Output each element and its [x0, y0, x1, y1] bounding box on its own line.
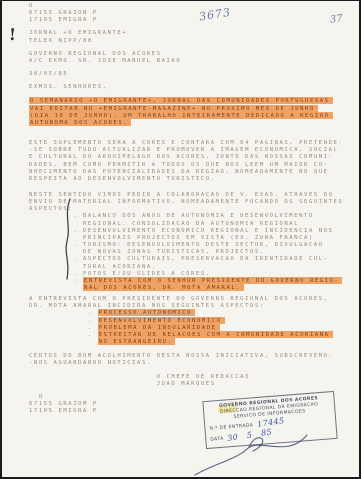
typed-content: O67155 GRAZON P17105 EMIGRA PJORNAL +O E… [29, 3, 355, 421]
typed-line: ENVIO DE MATERIAL INFORMATIVO, NOMEADAME… [29, 199, 355, 206]
closing: CERTOS DO BOM ACOLHIMENTO DESTA NOSSA IN… [29, 353, 355, 367]
highlighted-text: (DIA 10 DE JUNHO), UM TRABALHO INTEIRAME… [29, 112, 333, 119]
highlighted-text: DESENVOLVIMENTO ECONOMICO [98, 317, 225, 324]
typed-line: A/C EXMO. SR. JOSE MANUEL BAIAO [29, 58, 355, 65]
telex-header: O67155 GRAZON P17105 EMIGRA P [29, 3, 355, 24]
typed-line: EXMOS. SENHORES, [29, 84, 355, 91]
salutation: EXMOS. SENHORES, [29, 84, 355, 91]
typed-line: REGIONAL. CONSOLIDACAO DA AUTONOMIA REGI… [29, 221, 355, 228]
typed-line: 30/05/85 [29, 71, 355, 78]
typed-line: NHECIMENTO DAS POTENCIALIDADES DA REGIAO… [29, 169, 355, 176]
typed-line: -SE SOBRE TUDO ACTUALIZAR E PROMOVER A I… [29, 147, 355, 154]
typed-line: O CHEFE DE REDACCAO [29, 374, 355, 381]
document-page: O67155 GRAZON P17105 EMIGRA PJORNAL +O E… [0, 0, 361, 479]
highlighted-text: PROCESSO AUTONOMICO [98, 309, 195, 316]
paragraph-supplement: ESTE SUPLEMENTO SERA A CORES E CONTARA C… [29, 140, 355, 183]
highlighted-text: PROBLEMA DA INSULARIDADE [98, 324, 220, 331]
typed-line: RESPEITA AO DESENVOLVIMENTO TURISTICO. [29, 176, 355, 183]
handwritten-margin-mark: ! [9, 25, 17, 44]
typed-line: GOVERNO REGIONAL DOS ACORES [29, 51, 355, 58]
typed-line: . BALANCO DOS ANOS DE AUTONOMIA E DESENV… [29, 213, 355, 220]
typed-line: NESTE SENTIDO VIMOS PEDIR A COLABORACAO … [29, 192, 355, 199]
typed-line: A ENTREVISTA COM O PRESIDENTE DO GOVERNO… [29, 296, 355, 303]
typed-line: ESTE SUPLEMENTO SERA A CORES E CONTARA C… [29, 140, 355, 147]
handwritten-number-top-right: 37 [329, 13, 343, 25]
typed-line: TURAL ACORIANA. [29, 264, 355, 271]
typed-line: CERTOS DO BOM ACOLHIMENTO DESTA NOSSA IN… [29, 353, 355, 360]
typed-line: E CULTURAL DO ARQUIPELAGO DOS ACORES, JU… [29, 154, 355, 161]
typed-line: . TURISMO: DESENVOLVIMENTO DESTE SECTOR,… [29, 242, 355, 249]
typed-line: JOAO MARQUES [29, 381, 355, 388]
typed-line: PRINCIPAIS PROJECTOS EM VISTA (EX. ZONA … [29, 235, 355, 242]
highlighted-text: ESTREITAR DE RELACOES COM A COMUNIDADE A… [98, 331, 333, 338]
paragraph-interview-and-list: A ENTREVISTA COM O PRESIDENTE DO GOVERNO… [29, 296, 355, 346]
typed-line: . ASPECTOS CULTURAIS, PRESERVACAO DA IDE… [29, 256, 355, 263]
handwritten-brace [60, 197, 74, 281]
typed-line: DE NOVAS ZONAS TURISTICAS, PROJECTOS. [29, 249, 355, 256]
highlighted-text: NO ESTRANGEIRO. [98, 338, 176, 345]
typed-line: DADES, BEM COMO PERMITIR A TODOS OS QUE … [29, 162, 355, 169]
typed-line: 17105 EMIGRA P [29, 17, 355, 24]
handwritten-signature-flourish [187, 425, 342, 479]
paragraph-announcement: O SEMANARIO +O EMIGRANTE+, JORNAL DAS CO… [29, 98, 355, 127]
typed-line: JORNAL +O EMIGRANTE+ [29, 30, 355, 37]
typed-line: AUTONOMA DOS ACORES. [29, 120, 355, 127]
typed-line: NAL DOS ACORES, DR. MOTA AMARAL. [29, 285, 355, 292]
typed-line: 67155 GRAZON P [29, 10, 355, 17]
date: 30/05/85 [29, 71, 355, 78]
recipient: GOVERNO REGIONAL DOS ACORESA/C EXMO. SR.… [29, 51, 355, 65]
highlighted-text: NAL DOS ACORES, DR. MOTA AMARAL. [83, 284, 244, 291]
typed-line: . DESENVOLVIMENTO ECONOMICO REGIONAL E I… [29, 228, 355, 235]
typed-line: O [29, 3, 355, 10]
highlighted-text: ENTREVISTA COM O SENHOR PRESIDENTE DO GO… [83, 277, 342, 284]
typed-line: TELEX NIPP/88 [29, 38, 355, 45]
paragraph-request-and-list: NESTE SENTIDO VIMOS PEDIR A COLABORACAO … [29, 192, 355, 292]
signature: O CHEFE DE REDACCAO JOAO MARQUES [29, 374, 355, 388]
sender: JORNAL +O EMIGRANTE+TELEX NIPP/88 [29, 30, 355, 44]
typed-line: ASPECTOS: [29, 206, 355, 213]
typed-line: -NOS AGUARDANDO NOTICIAS. [29, 360, 355, 367]
highlighted-text: AUTONOMA DOS ACORES. [29, 119, 131, 126]
typed-line: NO ESTRANGEIRO. [29, 339, 355, 346]
highlighted-text: O SEMANARIO +O EMIGRANTE+, JORNAL DAS CO… [29, 97, 333, 104]
highlighted-text: VAI EDITAR NO +EMIGRANTE-MAGAZINE+ NO PR… [29, 105, 318, 112]
